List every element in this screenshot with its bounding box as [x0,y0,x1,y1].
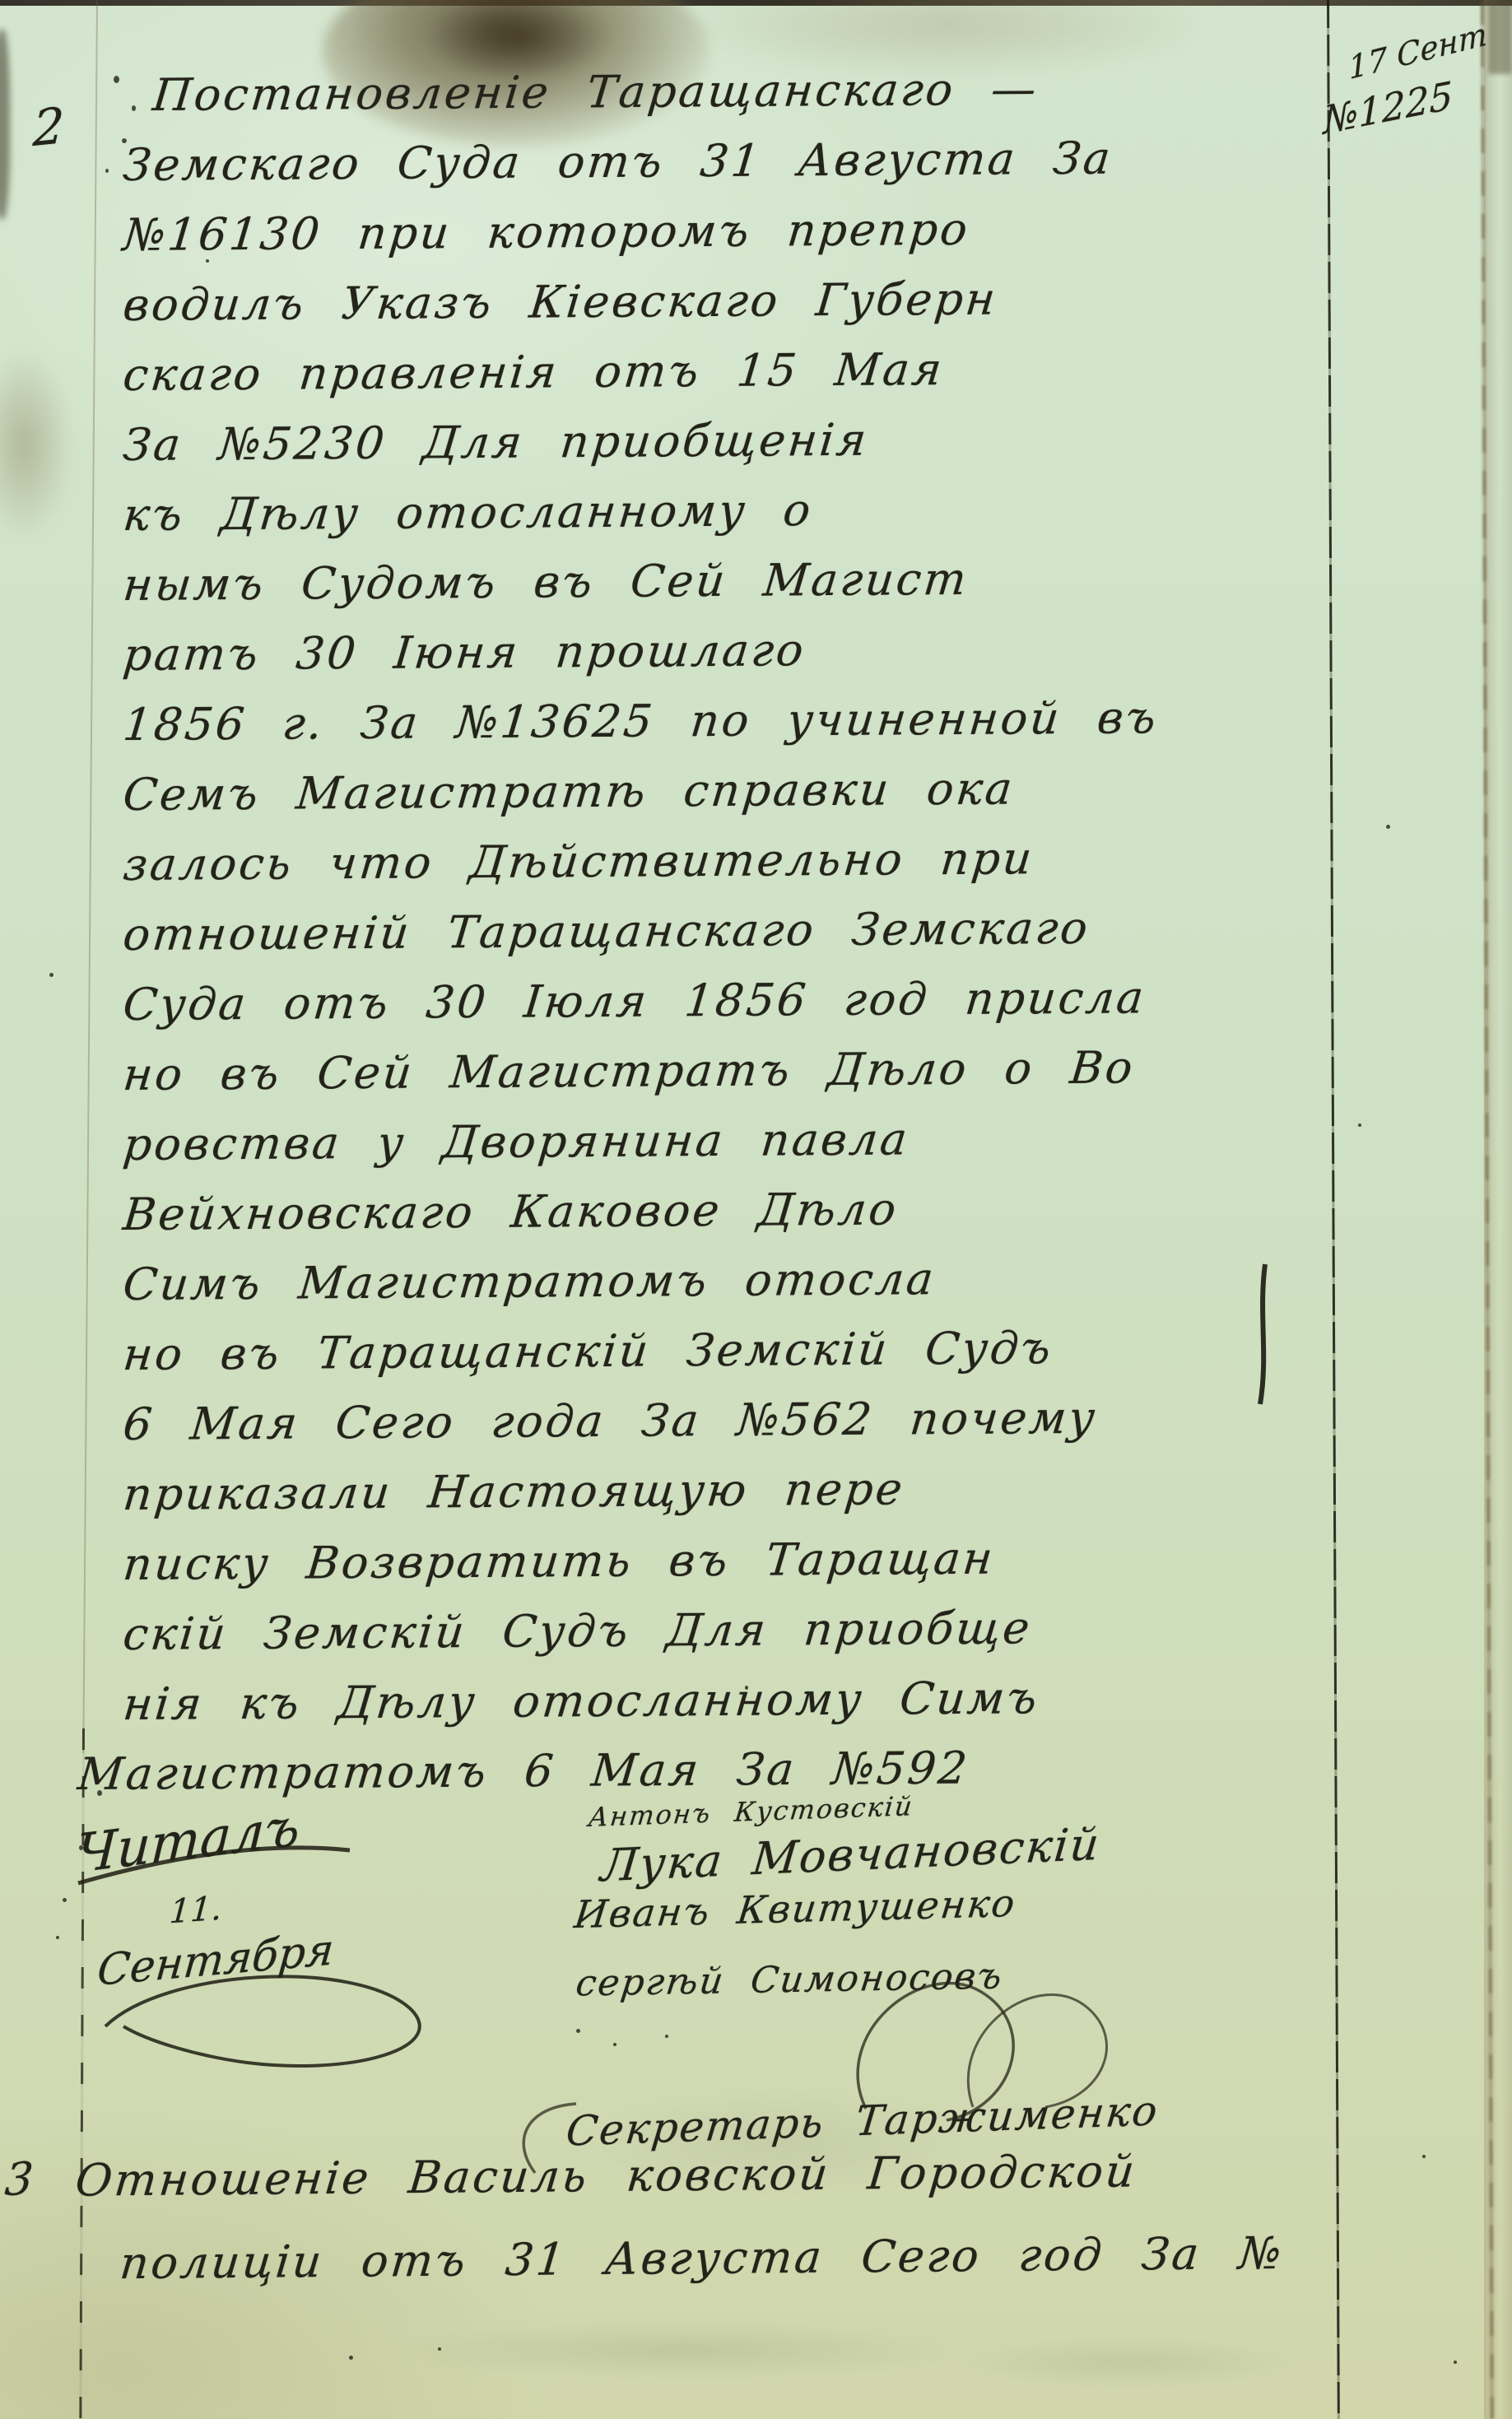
ink-speck [105,169,109,173]
entry-2-line-18: Симъ Магистратомъ отосла [121,1253,938,1310]
entry-2-line-6: За №5230 Для приобщенія [121,414,871,471]
entry-2-line-20: 6 Мая Сего года За №562 почему [121,1392,1100,1450]
entry-2-line-9: ратъ 30 Іюня прошлаго [121,624,808,681]
entry-2-line-24: нія къ Дѣлу отосланному Симъ [121,1672,1042,1730]
entry-2-line-7: къ Дѣлу отосланному о [121,484,815,541]
entry-2-line-23: скій Земскій Судъ Для приобще [121,1602,1035,1660]
ink-speck [132,105,136,111]
ink-speck [438,2347,441,2351]
signature-1: Антонъ Кустовскій [587,1790,915,1833]
ink-speck [49,973,54,977]
bleed-through-smudge [955,2338,1300,2387]
entry-2-line-4: водилъ Указъ Кіевскаго Губерн [121,273,1000,331]
ink-speck [56,1936,59,1939]
entry-2-line-17: Вейхновскаго Каковое Дѣло [121,1183,900,1240]
margin-note-month: Сентября [95,1925,336,1996]
entry-2-line-8: нымъ Судомъ въ Сей Магист [121,553,971,611]
ink-speck [1358,1123,1361,1127]
corner-shadow [1488,0,1512,74]
scan-top-edge [0,0,1512,6]
entry-2-line-12: залось что Дѣйствительно при [121,832,1036,891]
right-margin-rule [1327,0,1340,2419]
annotation-date: 17 Сент [1347,16,1488,86]
ink-speck [1386,825,1390,829]
entry-2-line-13: отношеній Таращанскаго Земскаго [121,902,1092,961]
signature-4: сергѣй Симоносовъ [574,1955,1006,2004]
entry-2-line-3: №16130 при которомъ препро [121,203,972,261]
entry-2-line-1: Постановленіе Таращанскаго — [151,63,1041,121]
ink-speck [576,2029,580,2033]
entry-2-line-21: приказали Настоящую пере [121,1463,907,1520]
entry-2-line-15: но въ Сей Магистратъ Дѣло о Во [121,1041,1137,1100]
entry-2-line-16: ровства у Дворянина павла [121,1113,912,1170]
document-page: 17 Сент №1225 2 Постановленіе Таращанска… [0,0,1512,2419]
bleed-through-smudge [387,2321,979,2379]
scan-edge-shadow [0,30,10,219]
margin-note-read: Читалъ [75,1797,301,1886]
ink-speck [613,2043,616,2046]
ink-speck [63,1898,67,1902]
page-edge-shading [1484,0,1512,2419]
ink-speck [1454,2361,1457,2364]
entry-3-number: 3 [3,2152,35,2207]
ink-speck [349,2356,353,2360]
ink-speck [114,76,119,83]
entry-2-line-14: Суда отъ 30 Іюля 1856 год присла [121,971,1148,1030]
entry-2-line-25: Магистратомъ 6 Мая За №592 [76,1742,972,1800]
entry-2-line-2: Земскаго Суда отъ 31 Августа За [121,133,1115,191]
paper-discoloration [0,354,69,535]
ink-speck [665,2035,668,2038]
entry-2-line-19: но въ Таращанскій Земскій Судъ [121,1322,1055,1380]
entry-2-line-5: скаго правленія отъ 15 Мая [121,343,947,401]
left-fold-line [82,0,98,1753]
entry-2-line-10: 1856 г. За №13625 по учиненной въ [121,691,1161,751]
entry-2-line-22: писку Возвратить въ Таращан [121,1533,998,1590]
entry-3-line-1: Отношеніе Василь ковской Городской [73,2145,1139,2206]
annotation-number: №1225 [1323,72,1454,142]
ink-speck [1422,2155,1426,2158]
entry-2-line-11: Семъ Магистратѣ справки ока [121,762,1017,821]
entry-2-number: 2 [32,97,65,159]
margin-note-day: 11. [168,1890,223,1932]
entry-3-line-2: полиціи отъ 31 Августа Сего год За № [118,2227,1286,2289]
